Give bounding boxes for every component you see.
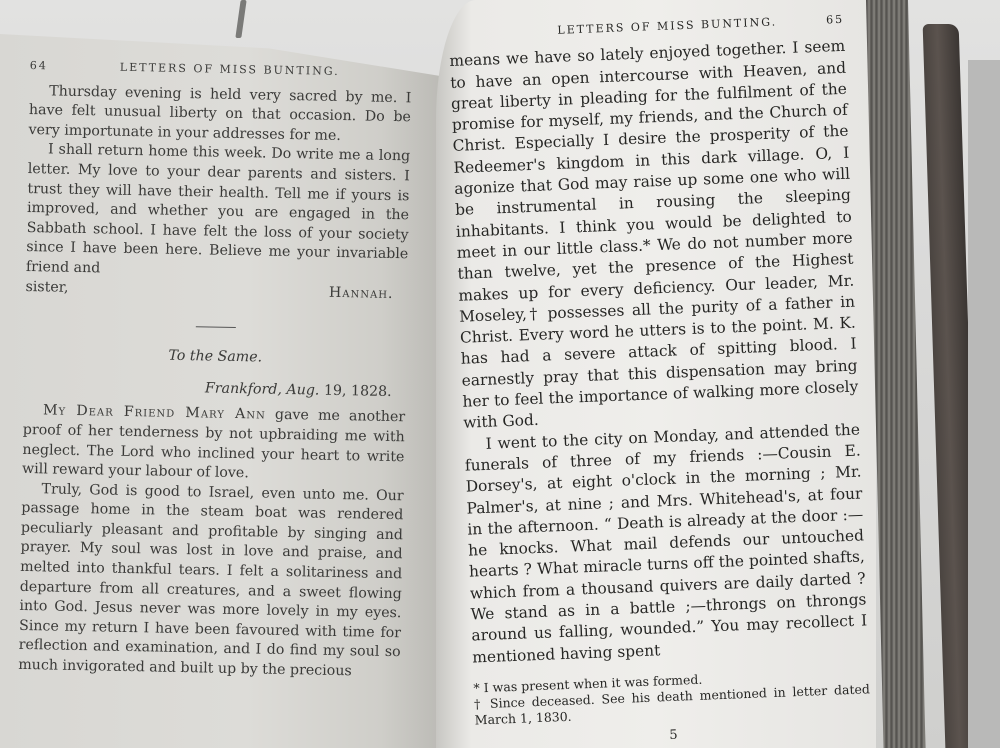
dateline-date: 19, 1828. — [324, 382, 392, 399]
closing-word: sister, — [25, 277, 68, 297]
left-page-number: 64 — [30, 56, 48, 76]
paragraph: I shall return home this week. Do write … — [26, 140, 411, 284]
paragraph: means we have so lately enjoyed together… — [449, 36, 859, 434]
paragraph: I went to the city on Monday, and attend… — [464, 419, 869, 668]
right-page: LETTERS OF MISS BUNTING. 65 means we hav… — [436, 0, 876, 748]
salutation: My Dear Friend Mary Ann — [43, 403, 266, 423]
salutation-paragraph: My Dear Friend Mary Ann gave me another … — [22, 401, 405, 487]
signature: Hannah. — [329, 283, 394, 304]
letter-heading: To the Same. — [24, 344, 406, 371]
dateline: Frankford, Aug. 19, 1828. — [23, 376, 405, 403]
right-page-content: LETTERS OF MISS BUNTING. 65 means we hav… — [448, 9, 872, 748]
dateline-place: Frankford, Aug. — [205, 380, 320, 398]
right-page-number: 65 — [826, 9, 845, 31]
paragraph: Thursday evening is held very sacred by … — [28, 82, 411, 148]
left-page: 64 LETTERS OF MISS BUNTING. Thursday eve… — [0, 34, 448, 748]
section-divider — [196, 326, 236, 328]
background-shadow — [968, 60, 1000, 748]
left-page-content: 64 LETTERS OF MISS BUNTING. Thursday eve… — [18, 56, 412, 683]
paragraph: Truly, God is good to Israel, even unto … — [18, 480, 404, 683]
